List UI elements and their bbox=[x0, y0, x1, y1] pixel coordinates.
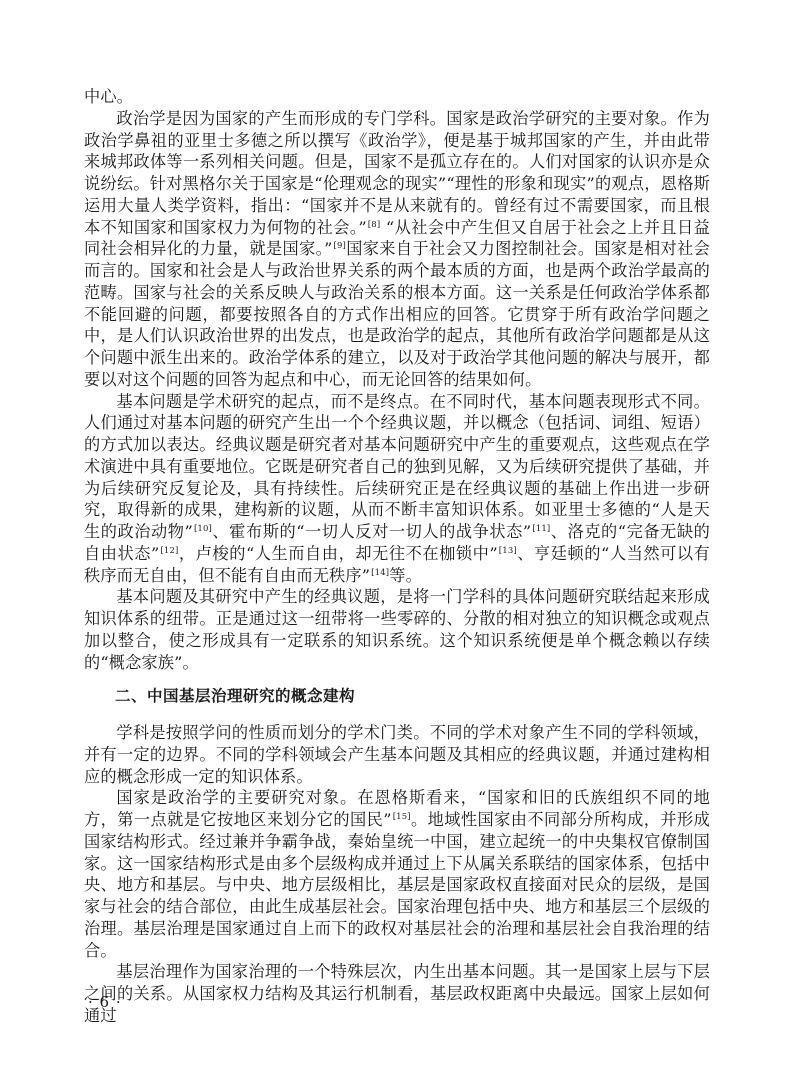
document-page: 中心。 政治学是因为国家的产生而形成的专门学科。国家是政治学研究的主要对象。作为… bbox=[84, 86, 710, 1027]
section-heading: 二、中国基层治理研究的概念建构 bbox=[84, 686, 710, 708]
footnote-ref-15[interactable]: [15] bbox=[393, 812, 411, 822]
paragraph-state-structure: 国家是政治学的主要研究对象。在恩格斯看来，“国家和旧的氏族组织不同的地方，第一点… bbox=[84, 787, 710, 961]
footnote-ref-13[interactable]: [13] bbox=[499, 546, 517, 556]
paragraph-basic-questions: 基本问题是学术研究的起点，而不是终点。在不同时代，基本问题表现形式不同。人们通过… bbox=[84, 391, 710, 587]
paragraph-discipline: 学科是按照学问的性质而划分的学术门类。不同的学术对象产生不同的学科领域，并有一定… bbox=[84, 722, 710, 787]
paragraph-continuation: 中心。 bbox=[84, 86, 710, 108]
footnote-ref-10[interactable]: [10] bbox=[194, 524, 212, 534]
footnote-ref-14[interactable]: [14] bbox=[371, 568, 389, 578]
paragraph-concept-family: 基本问题及其研究中产生的经典议题，是将一门学科的具体问题研究联结起来形成知识体系… bbox=[84, 586, 710, 673]
footnote-ref-8[interactable]: [8] bbox=[368, 220, 381, 230]
paragraph-politics-state-society: 政治学是因为国家的产生而形成的专门学科。国家是政治学研究的主要对象。作为政治学鼻… bbox=[84, 108, 710, 391]
footnote-ref-11[interactable]: [11] bbox=[532, 524, 550, 534]
footnote-ref-12[interactable]: [12] bbox=[160, 546, 178, 556]
paragraph-grassroots-governance: 基层治理作为国家治理的一个特殊层次，内生出基本问题。其一是国家上层与下层之间的关… bbox=[84, 961, 710, 1026]
page-number: · 6 · bbox=[88, 993, 122, 1011]
footnote-ref-9[interactable]: [9] bbox=[334, 241, 347, 251]
